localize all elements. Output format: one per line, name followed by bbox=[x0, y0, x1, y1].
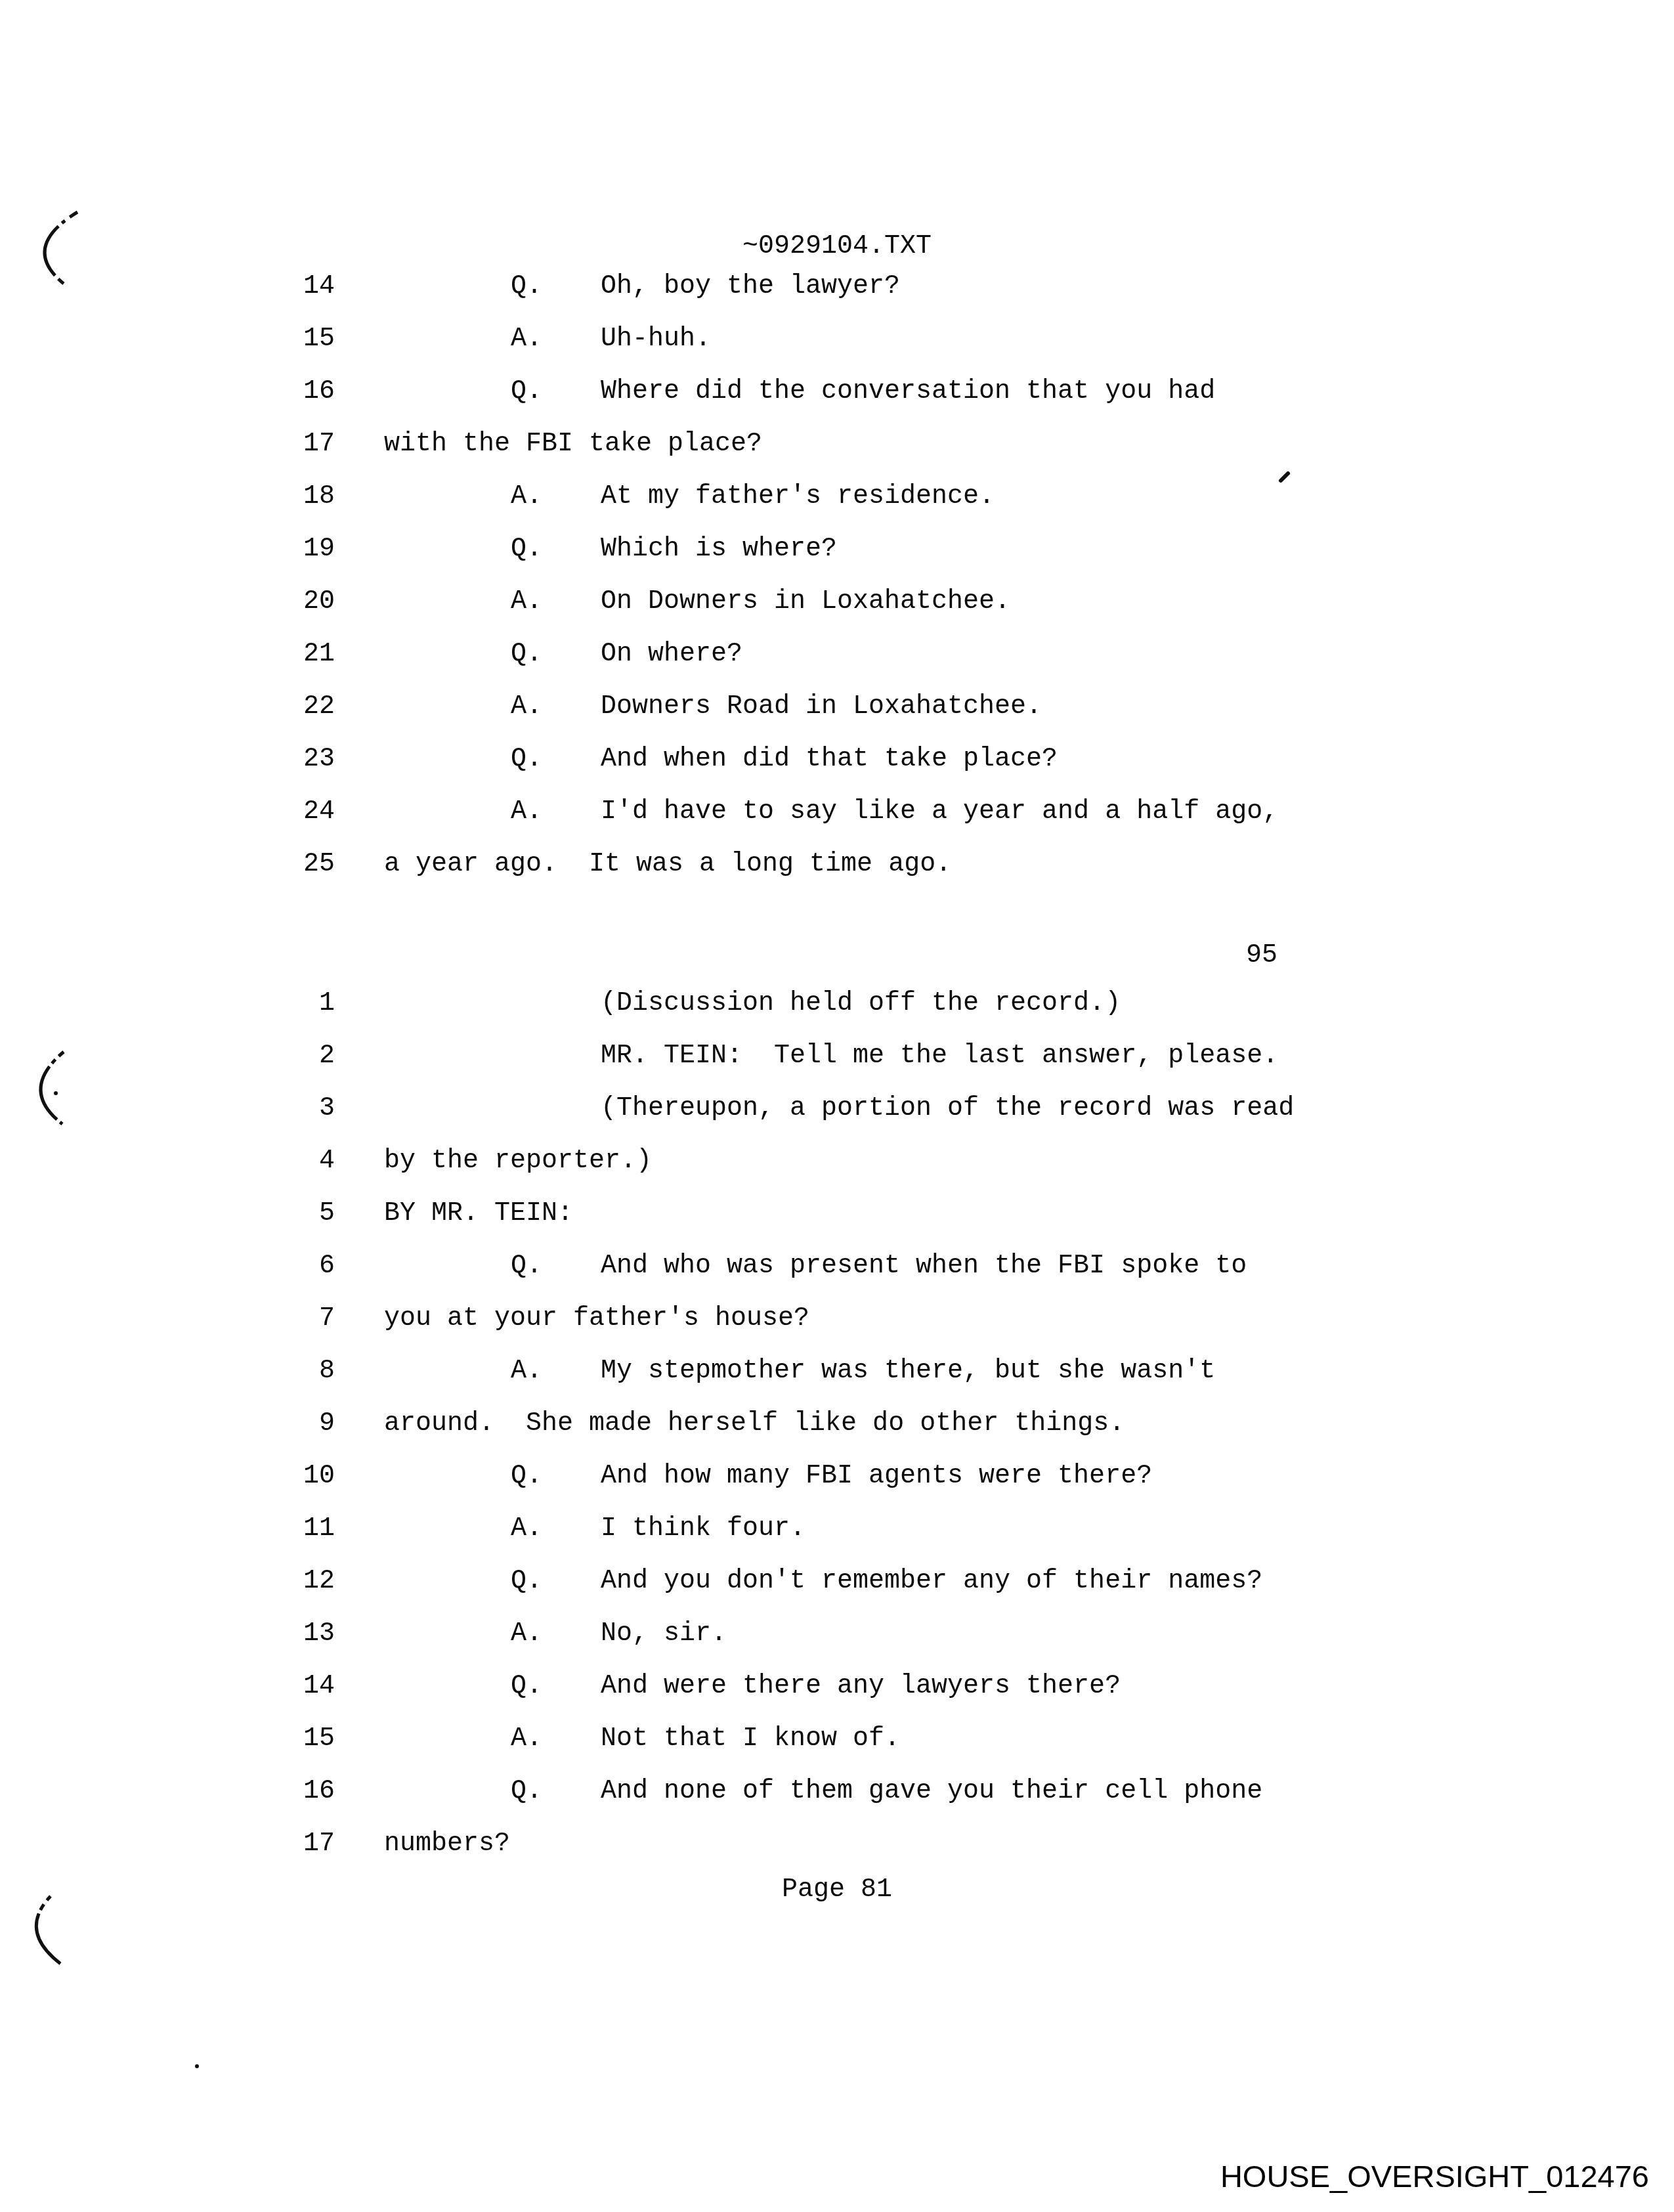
line-number: 18 bbox=[299, 481, 335, 513]
line-number: 12 bbox=[299, 1566, 335, 1597]
transcript-line: 4by the reporter.) bbox=[0, 1146, 1674, 1177]
line-number: 15 bbox=[299, 1724, 335, 1755]
line-text: My stepmother was there, but she wasn't bbox=[601, 1356, 1215, 1387]
transcript-line: 19Q.Which is where? bbox=[0, 534, 1674, 565]
line-number: 15 bbox=[299, 324, 335, 355]
line-number: 1 bbox=[299, 988, 335, 1020]
line-text: Oh, boy the lawyer? bbox=[601, 271, 900, 303]
speaker-label: Q. bbox=[511, 376, 542, 408]
speaker-label: Q. bbox=[511, 1251, 542, 1282]
transcript-line: 10Q.And how many FBI agents were there? bbox=[0, 1461, 1674, 1492]
transcript-line: 17with the FBI take place? bbox=[0, 429, 1674, 460]
line-text: And none of them gave you their cell pho… bbox=[601, 1776, 1262, 1808]
transcript-line: 17numbers? bbox=[0, 1829, 1674, 1860]
line-text: And you don't remember any of their name… bbox=[601, 1566, 1262, 1597]
speaker-label: A. bbox=[511, 1513, 542, 1545]
line-number: 20 bbox=[299, 586, 335, 618]
line-number: 7 bbox=[299, 1303, 335, 1335]
speaker-label: A. bbox=[511, 481, 542, 513]
line-text: And who was present when the FBI spoke t… bbox=[601, 1251, 1247, 1282]
line-text: I think four. bbox=[601, 1513, 805, 1545]
speaker-label: Q. bbox=[511, 1671, 542, 1702]
transcript-page: ~0929104.TXT 14Q.Oh, boy the lawyer?15A.… bbox=[0, 0, 1674, 2212]
transcript-line: 20A.On Downers in Loxahatchee. bbox=[0, 586, 1674, 618]
stray-apostrophe-mark bbox=[1281, 473, 1288, 481]
transcript-line: 6Q.And who was present when the FBI spok… bbox=[0, 1251, 1674, 1282]
line-text: And when did that take place? bbox=[601, 744, 1058, 775]
line-text: numbers? bbox=[384, 1829, 510, 1860]
line-number: 9 bbox=[299, 1408, 335, 1440]
transcript-line: 22A.Downers Road in Loxahatchee. bbox=[0, 691, 1674, 723]
speaker-label: A. bbox=[511, 1618, 542, 1650]
transcript-line: 23Q.And when did that take place? bbox=[0, 744, 1674, 775]
line-number: 16 bbox=[299, 1776, 335, 1808]
line-text: by the reporter.) bbox=[384, 1146, 652, 1177]
line-text: I'd have to say like a year and a half a… bbox=[601, 796, 1278, 828]
line-number: 6 bbox=[299, 1251, 335, 1282]
line-text: Uh-huh. bbox=[601, 324, 711, 355]
transcript-line: 5BY MR. TEIN: bbox=[0, 1198, 1674, 1230]
document-title: ~0929104.TXT bbox=[0, 231, 1674, 263]
speaker-label: Q. bbox=[511, 271, 542, 303]
transcript-line: 13A.No, sir. bbox=[0, 1618, 1674, 1650]
line-text: (Thereupon, a portion of the record was … bbox=[601, 1093, 1294, 1125]
line-number: 22 bbox=[299, 691, 335, 723]
line-text: Where did the conversation that you had bbox=[601, 376, 1215, 408]
transcript-line: 11A.I think four. bbox=[0, 1513, 1674, 1545]
transcript-line: 16Q.And none of them gave you their cell… bbox=[0, 1776, 1674, 1808]
transcript-line: 24A.I'd have to say like a year and a ha… bbox=[0, 796, 1674, 828]
transcript-line: 15A.Not that I know of. bbox=[0, 1724, 1674, 1755]
speaker-label: A. bbox=[511, 691, 542, 723]
line-text: MR. TEIN: Tell me the last answer, pleas… bbox=[601, 1041, 1278, 1072]
transcript-line: 9around. She made herself like do other … bbox=[0, 1408, 1674, 1440]
speaker-label: A. bbox=[511, 1724, 542, 1755]
transcript-line: 18A.At my father's residence. bbox=[0, 481, 1674, 513]
line-text: you at your father's house? bbox=[384, 1303, 809, 1335]
line-number: 16 bbox=[299, 376, 335, 408]
line-number: 13 bbox=[299, 1618, 335, 1650]
footer-page-label: Page 81 bbox=[0, 1875, 1674, 1906]
line-number: 17 bbox=[299, 1829, 335, 1860]
line-number: 3 bbox=[299, 1093, 335, 1125]
speaker-label: Q. bbox=[511, 534, 542, 565]
line-number: 23 bbox=[299, 744, 335, 775]
line-text: Downers Road in Loxahatchee. bbox=[601, 691, 1042, 723]
speaker-label: A. bbox=[511, 1356, 542, 1387]
speaker-label: A. bbox=[511, 586, 542, 618]
transcript-line: 7you at your father's house? bbox=[0, 1303, 1674, 1335]
line-text: Which is where? bbox=[601, 534, 837, 565]
speaker-label: Q. bbox=[511, 1461, 542, 1492]
line-number: 19 bbox=[299, 534, 335, 565]
speaker-label: Q. bbox=[511, 1566, 542, 1597]
line-number: 17 bbox=[299, 429, 335, 460]
line-text: around. She made herself like do other t… bbox=[384, 1408, 1125, 1440]
transcript-line: 25a year ago. It was a long time ago. bbox=[0, 849, 1674, 880]
transcript-line: 14Q.Oh, boy the lawyer? bbox=[0, 271, 1674, 303]
speaker-label: A. bbox=[511, 796, 542, 828]
line-number: 25 bbox=[299, 849, 335, 880]
speaker-label: A. bbox=[511, 324, 542, 355]
line-number: 4 bbox=[299, 1146, 335, 1177]
transcript-line: 16Q.Where did the conversation that you … bbox=[0, 376, 1674, 408]
line-text: (Discussion held off the record.) bbox=[601, 988, 1121, 1020]
transcript-line: 8A.My stepmother was there, but she wasn… bbox=[0, 1356, 1674, 1387]
line-text: a year ago. It was a long time ago. bbox=[384, 849, 951, 880]
line-number: 5 bbox=[299, 1198, 335, 1230]
ink-speck-bottom bbox=[195, 2064, 199, 2068]
line-number: 10 bbox=[299, 1461, 335, 1492]
transcript-line: 12Q.And you don't remember any of their … bbox=[0, 1566, 1674, 1597]
line-number: 14 bbox=[299, 1671, 335, 1702]
line-number: 14 bbox=[299, 271, 335, 303]
speaker-label: Q. bbox=[511, 1776, 542, 1808]
line-text: And were there any lawyers there? bbox=[601, 1671, 1121, 1702]
line-text: Not that I know of. bbox=[601, 1724, 900, 1755]
line-number: 21 bbox=[299, 639, 335, 670]
line-number: 8 bbox=[299, 1356, 335, 1387]
transcript-line: 14Q.And were there any lawyers there? bbox=[0, 1671, 1674, 1702]
transcript-line: 1(Discussion held off the record.) bbox=[0, 988, 1674, 1020]
transcript-line: 3(Thereupon, a portion of the record was… bbox=[0, 1093, 1674, 1125]
line-number: 2 bbox=[299, 1041, 335, 1072]
transcript-line: 21Q.On where? bbox=[0, 639, 1674, 670]
transcript-page-number: 95 bbox=[1246, 940, 1277, 972]
line-text: On where? bbox=[601, 639, 742, 670]
line-number: 11 bbox=[299, 1513, 335, 1545]
bates-stamp: HOUSE_OVERSIGHT_012476 bbox=[1220, 2160, 1649, 2193]
line-text: BY MR. TEIN: bbox=[384, 1198, 573, 1230]
line-text: No, sir. bbox=[601, 1618, 727, 1650]
line-text: On Downers in Loxahatchee. bbox=[601, 586, 1010, 618]
speaker-label: Q. bbox=[511, 639, 542, 670]
hole-punch-crescent-bottom bbox=[36, 1896, 62, 1965]
line-number: 24 bbox=[299, 796, 335, 828]
line-text: And how many FBI agents were there? bbox=[601, 1461, 1152, 1492]
transcript-line: 2MR. TEIN: Tell me the last answer, plea… bbox=[0, 1041, 1674, 1072]
line-text: with the FBI take place? bbox=[384, 429, 762, 460]
transcript-line: 15A.Uh-huh. bbox=[0, 324, 1674, 355]
speaker-label: Q. bbox=[511, 744, 542, 775]
line-text: At my father's residence. bbox=[601, 481, 995, 513]
